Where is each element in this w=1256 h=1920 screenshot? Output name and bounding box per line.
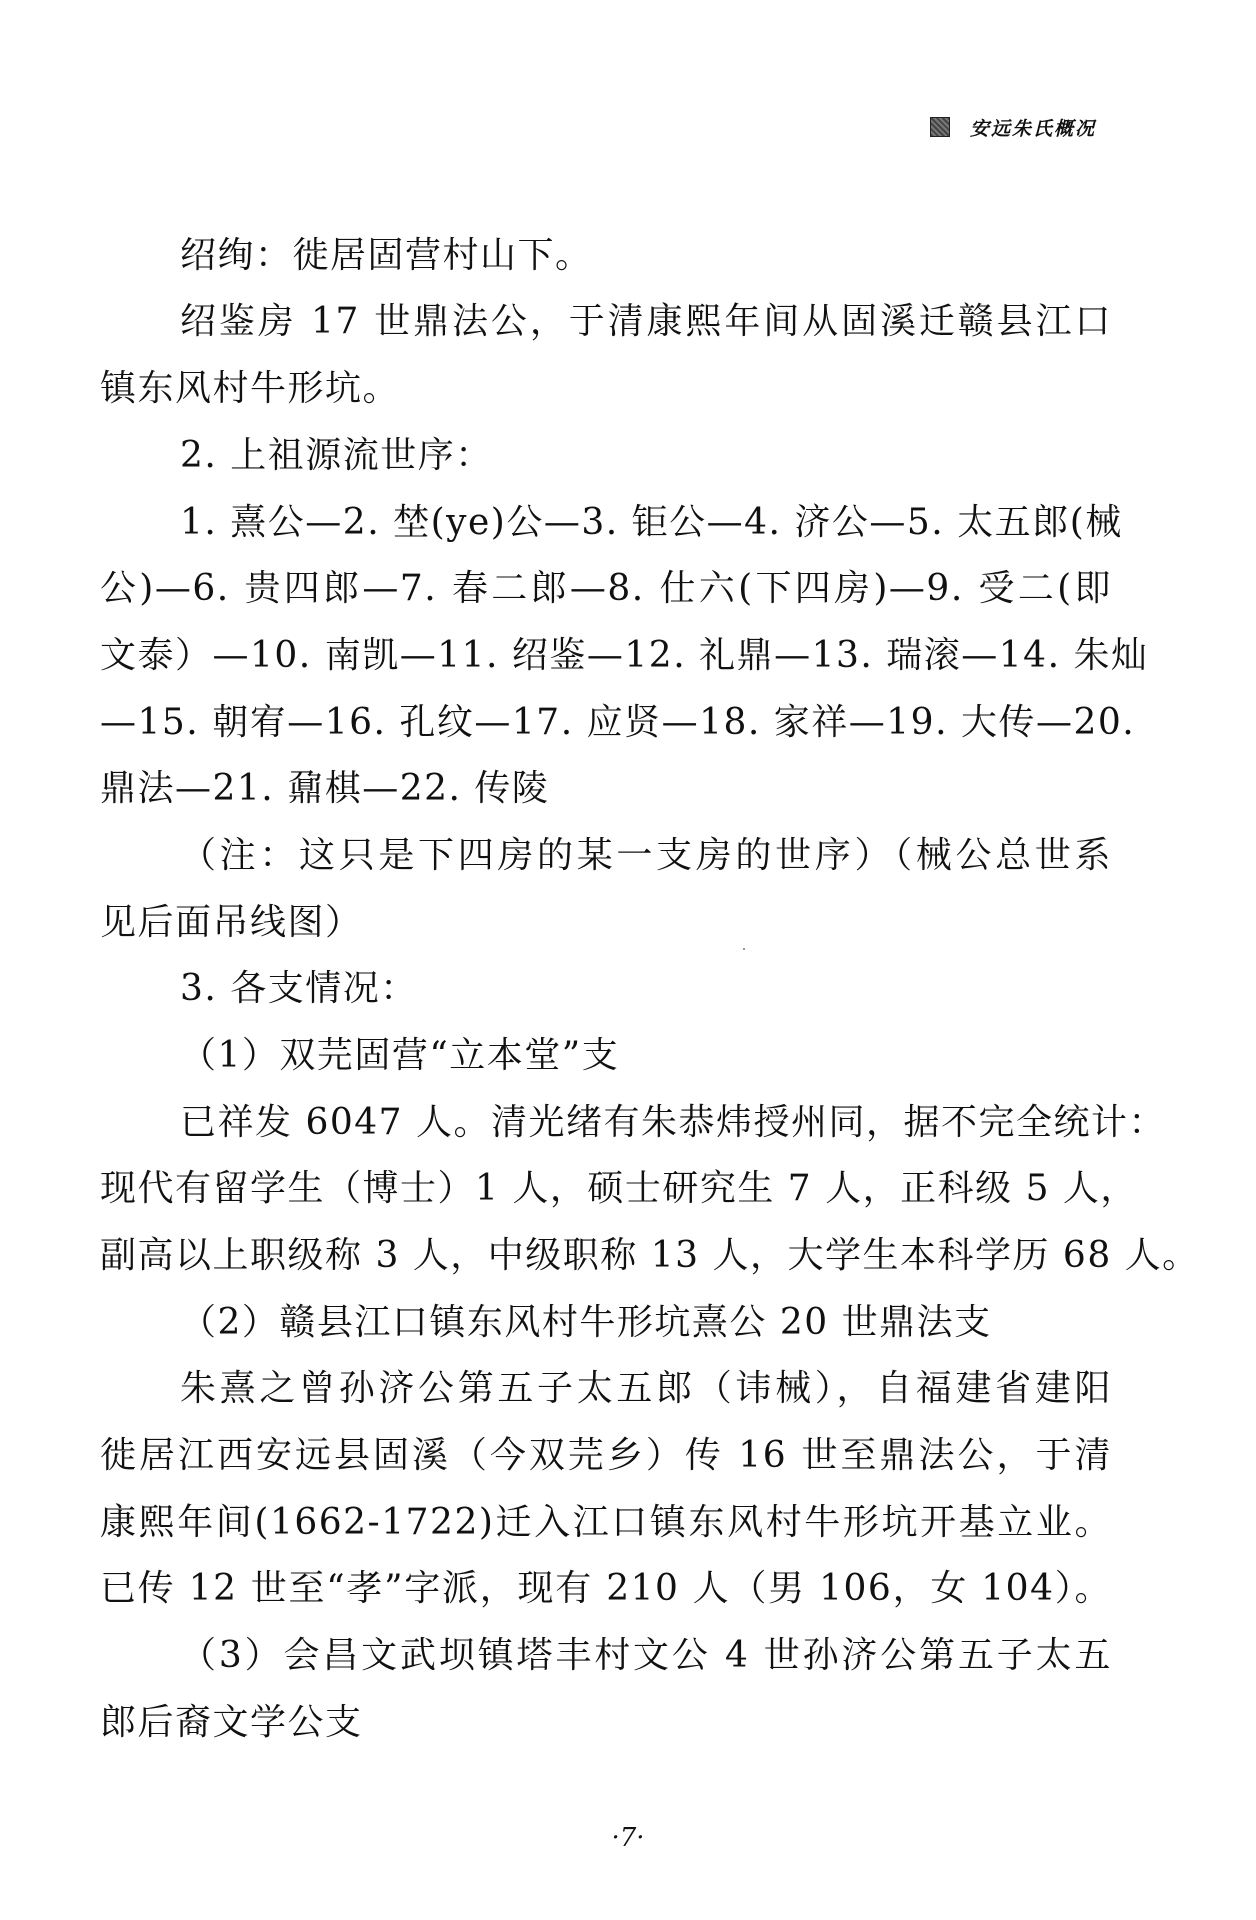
paragraph-line: 朱熹之曾孙济公第五子太五郎（讳械），自福建省建阳 bbox=[180, 1365, 1112, 1413]
square-marker-icon bbox=[930, 117, 950, 137]
running-header-title: 安远朱氏概况 bbox=[970, 114, 1096, 141]
subsection-heading: （2）赣县江口镇东风村牛形坑熹公 20 世鼎法支 bbox=[180, 1299, 1112, 1347]
lineage-line: —15. 朝宥—16. 孔纹—17. 应贤—18. 家祥—19. 大传—20. bbox=[100, 699, 1112, 747]
paragraph-line: 绍绚：徙居固营村山下。 bbox=[180, 232, 1112, 280]
section-heading: 2. 上祖源流世序： bbox=[180, 432, 1112, 480]
running-header: 安远朱氏概况 bbox=[930, 112, 1096, 142]
subsection-heading: 郎后裔文学公支 bbox=[100, 1699, 1112, 1747]
paragraph-line: 徙居江西安远县固溪（今双芫乡）传 16 世至鼎法公，于清 bbox=[100, 1432, 1112, 1480]
paragraph-line: 已祥发 6047 人。清光绪有朱恭炜授州同，据不完全统计： bbox=[180, 1099, 1112, 1147]
lineage-line: 1. 熹公—2. 埜(ye)公—3. 钜公—4. 济公—5. 太五郎(械 bbox=[180, 499, 1112, 547]
paragraph-line: 镇东风村牛形坑。 bbox=[100, 365, 1112, 413]
subsection-heading: （1）双芫固营“立本堂”支 bbox=[180, 1032, 1112, 1080]
lineage-line: 鼎法—21. 鼐棋—22. 传陵 bbox=[100, 765, 1112, 813]
lineage-line: 公)—6. 贵四郎—7. 春二郎—8. 仕六(下四房)—9. 受二(即 bbox=[100, 565, 1112, 613]
paragraph-line: 副高以上职级称 3 人，中级职称 13 人，大学生本科学历 68 人。 bbox=[100, 1232, 1112, 1280]
page-number: ·7· bbox=[0, 1823, 1256, 1853]
note-line: （注：这只是下四房的某一支房的世序）（械公总世系 bbox=[180, 832, 1112, 880]
lineage-line: 文泰）—10. 南凯—11. 绍鉴—12. 礼鼎—13. 瑞滚—14. 朱灿 bbox=[100, 632, 1112, 680]
paragraph-line: 现代有留学生（博士）1 人，硕士研究生 7 人，正科级 5 人， bbox=[100, 1165, 1112, 1213]
scan-speck bbox=[743, 948, 745, 950]
paragraph-line: 绍鉴房 17 世鼎法公，于清康熙年间从固溪迁赣县江口 bbox=[180, 298, 1112, 346]
paragraph-line: 康熙年间(1662-1722)迁入江口镇东风村牛形坑开基立业。 bbox=[100, 1499, 1112, 1547]
subsection-heading: （3）会昌文武坝镇塔丰村文公 4 世孙济公第五子太五 bbox=[180, 1632, 1112, 1680]
section-heading: 3. 各支情况： bbox=[180, 965, 1112, 1013]
note-line: 见后面吊线图） bbox=[100, 899, 1112, 947]
paragraph-line: 已传 12 世至“孝”字派，现有 210 人（男 106，女 104）。 bbox=[100, 1565, 1112, 1613]
